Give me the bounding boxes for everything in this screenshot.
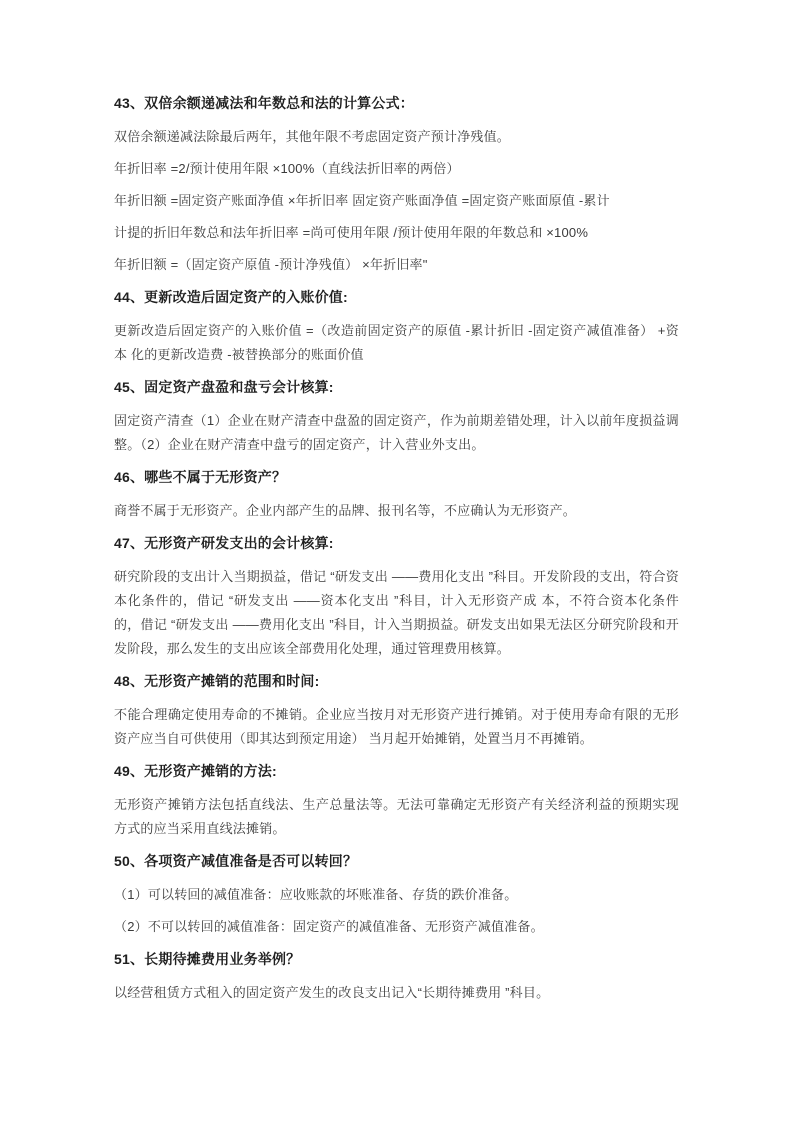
section-heading: 48、无形资产摊销的范围和时间:	[114, 669, 679, 693]
section-heading: 50、各项资产减值准备是否可以转回？	[114, 849, 679, 873]
paragraph: 研究阶段的支出计入当期损益，借记 “研发支出 ——费用化支出 ”科目。开发阶段的…	[114, 565, 679, 661]
section-heading: 49、无形资产摊销的方法:	[114, 759, 679, 783]
paragraph: 无形资产摊销方法包括直线法、生产总量法等。无法可靠确定无形资产有关经济利益的预期…	[114, 793, 679, 841]
document-section: 45、固定资产盘盈和盘亏会计核算: 固定资产清查（1）企业在财产清查中盘盈的固定…	[114, 375, 679, 457]
document-section: 44、更新改造后固定资产的入账价值: 更新改造后固定资产的入账价值 =（改造前固…	[114, 285, 679, 367]
paragraph: 双倍余额递减法除最后两年，其他年限不考虑固定资产预计净残值。	[114, 125, 679, 149]
paragraph: 年折旧率 =2/预计使用年限 ×100%（直线法折旧率的两倍）	[114, 157, 679, 181]
paragraph: 以经营租赁方式租入的固定资产发生的改良支出记入“长期待摊费用 ”科目。	[114, 981, 679, 1005]
paragraph: 更新改造后固定资产的入账价值 =（改造前固定资产的原值 -累计折旧 -固定资产减…	[114, 319, 679, 367]
paragraph: （2）不可以转回的减值准备：固定资产的减值准备、无形资产减值准备。	[114, 915, 679, 939]
section-heading: 46、哪些不属于无形资产？	[114, 465, 679, 489]
paragraph: 不能合理确定使用寿命的不摊销。企业应当按月对无形资产进行摊销。对于使用寿命有限的…	[114, 703, 679, 751]
document-section: 51、长期待摊费用业务举例？ 以经营租赁方式租入的固定资产发生的改良支出记入“长…	[114, 947, 679, 1005]
section-heading: 47、无形资产研发支出的会计核算:	[114, 531, 679, 555]
document-section: 47、无形资产研发支出的会计核算: 研究阶段的支出计入当期损益，借记 “研发支出…	[114, 531, 679, 661]
section-heading: 43、双倍余额递减法和年数总和法的计算公式：	[114, 91, 679, 115]
paragraph: 商誉不属于无形资产。企业内部产生的品牌、报刊名等，不应确认为无形资产。	[114, 499, 679, 523]
document-section: 49、无形资产摊销的方法: 无形资产摊销方法包括直线法、生产总量法等。无法可靠确…	[114, 759, 679, 841]
section-heading: 45、固定资产盘盈和盘亏会计核算:	[114, 375, 679, 399]
section-heading: 44、更新改造后固定资产的入账价值:	[114, 285, 679, 309]
document-section: 46、哪些不属于无形资产？ 商誉不属于无形资产。企业内部产生的品牌、报刊名等，不…	[114, 465, 679, 523]
paragraph: 年折旧额 =固定资产账面净值 ×年折旧率 固定资产账面净值 =固定资产账面原值 …	[114, 189, 679, 213]
paragraph: 计提的折旧年数总和法年折旧率 =尚可使用年限 /预计使用年限的年数总和 ×100…	[114, 221, 679, 245]
document-section: 43、双倍余额递减法和年数总和法的计算公式： 双倍余额递减法除最后两年，其他年限…	[114, 91, 679, 277]
section-heading: 51、长期待摊费用业务举例？	[114, 947, 679, 971]
document-section: 48、无形资产摊销的范围和时间: 不能合理确定使用寿命的不摊销。企业应当按月对无…	[114, 669, 679, 751]
document-page: 43、双倍余额递减法和年数总和法的计算公式： 双倍余额递减法除最后两年，其他年限…	[0, 0, 793, 1122]
paragraph: 年折旧额 =（固定资产原值 -预计净残值） ×年折旧率"	[114, 253, 679, 277]
document-section: 50、各项资产减值准备是否可以转回？ （1）可以转回的减值准备：应收账款的坏账准…	[114, 849, 679, 939]
paragraph: （1）可以转回的减值准备：应收账款的坏账准备、存货的跌价准备。	[114, 883, 679, 907]
paragraph: 固定资产清查（1）企业在财产清查中盘盈的固定资产，作为前期差错处理，计入以前年度…	[114, 409, 679, 457]
